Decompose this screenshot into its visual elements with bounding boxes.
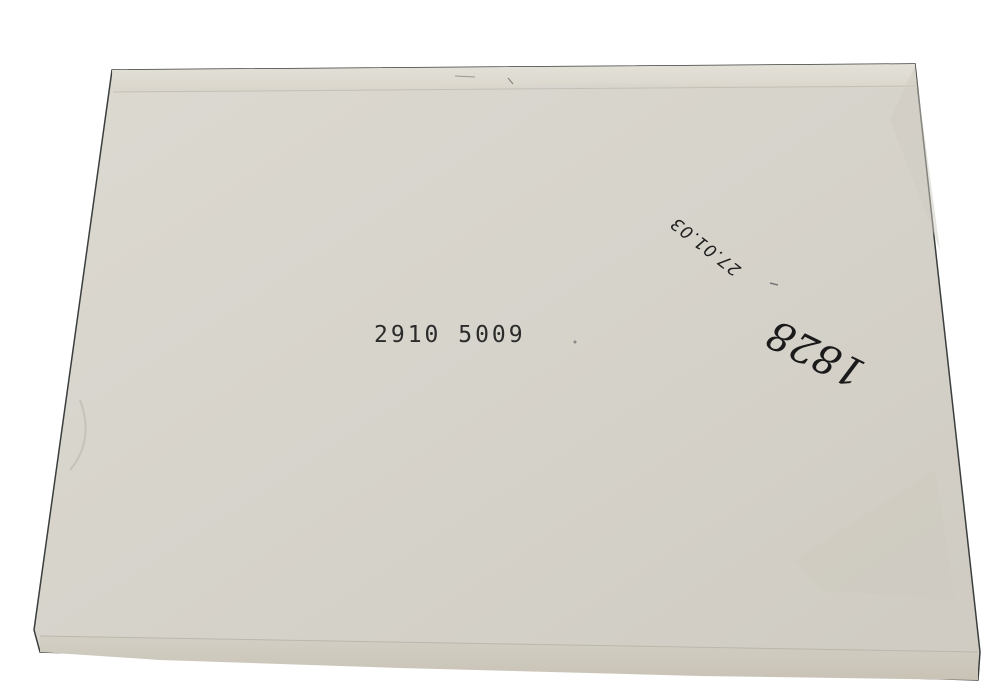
typed-label: 2910 5009 bbox=[374, 322, 526, 348]
photo-scene: 2910 5009 27.01.03 1828 bbox=[0, 0, 1006, 700]
